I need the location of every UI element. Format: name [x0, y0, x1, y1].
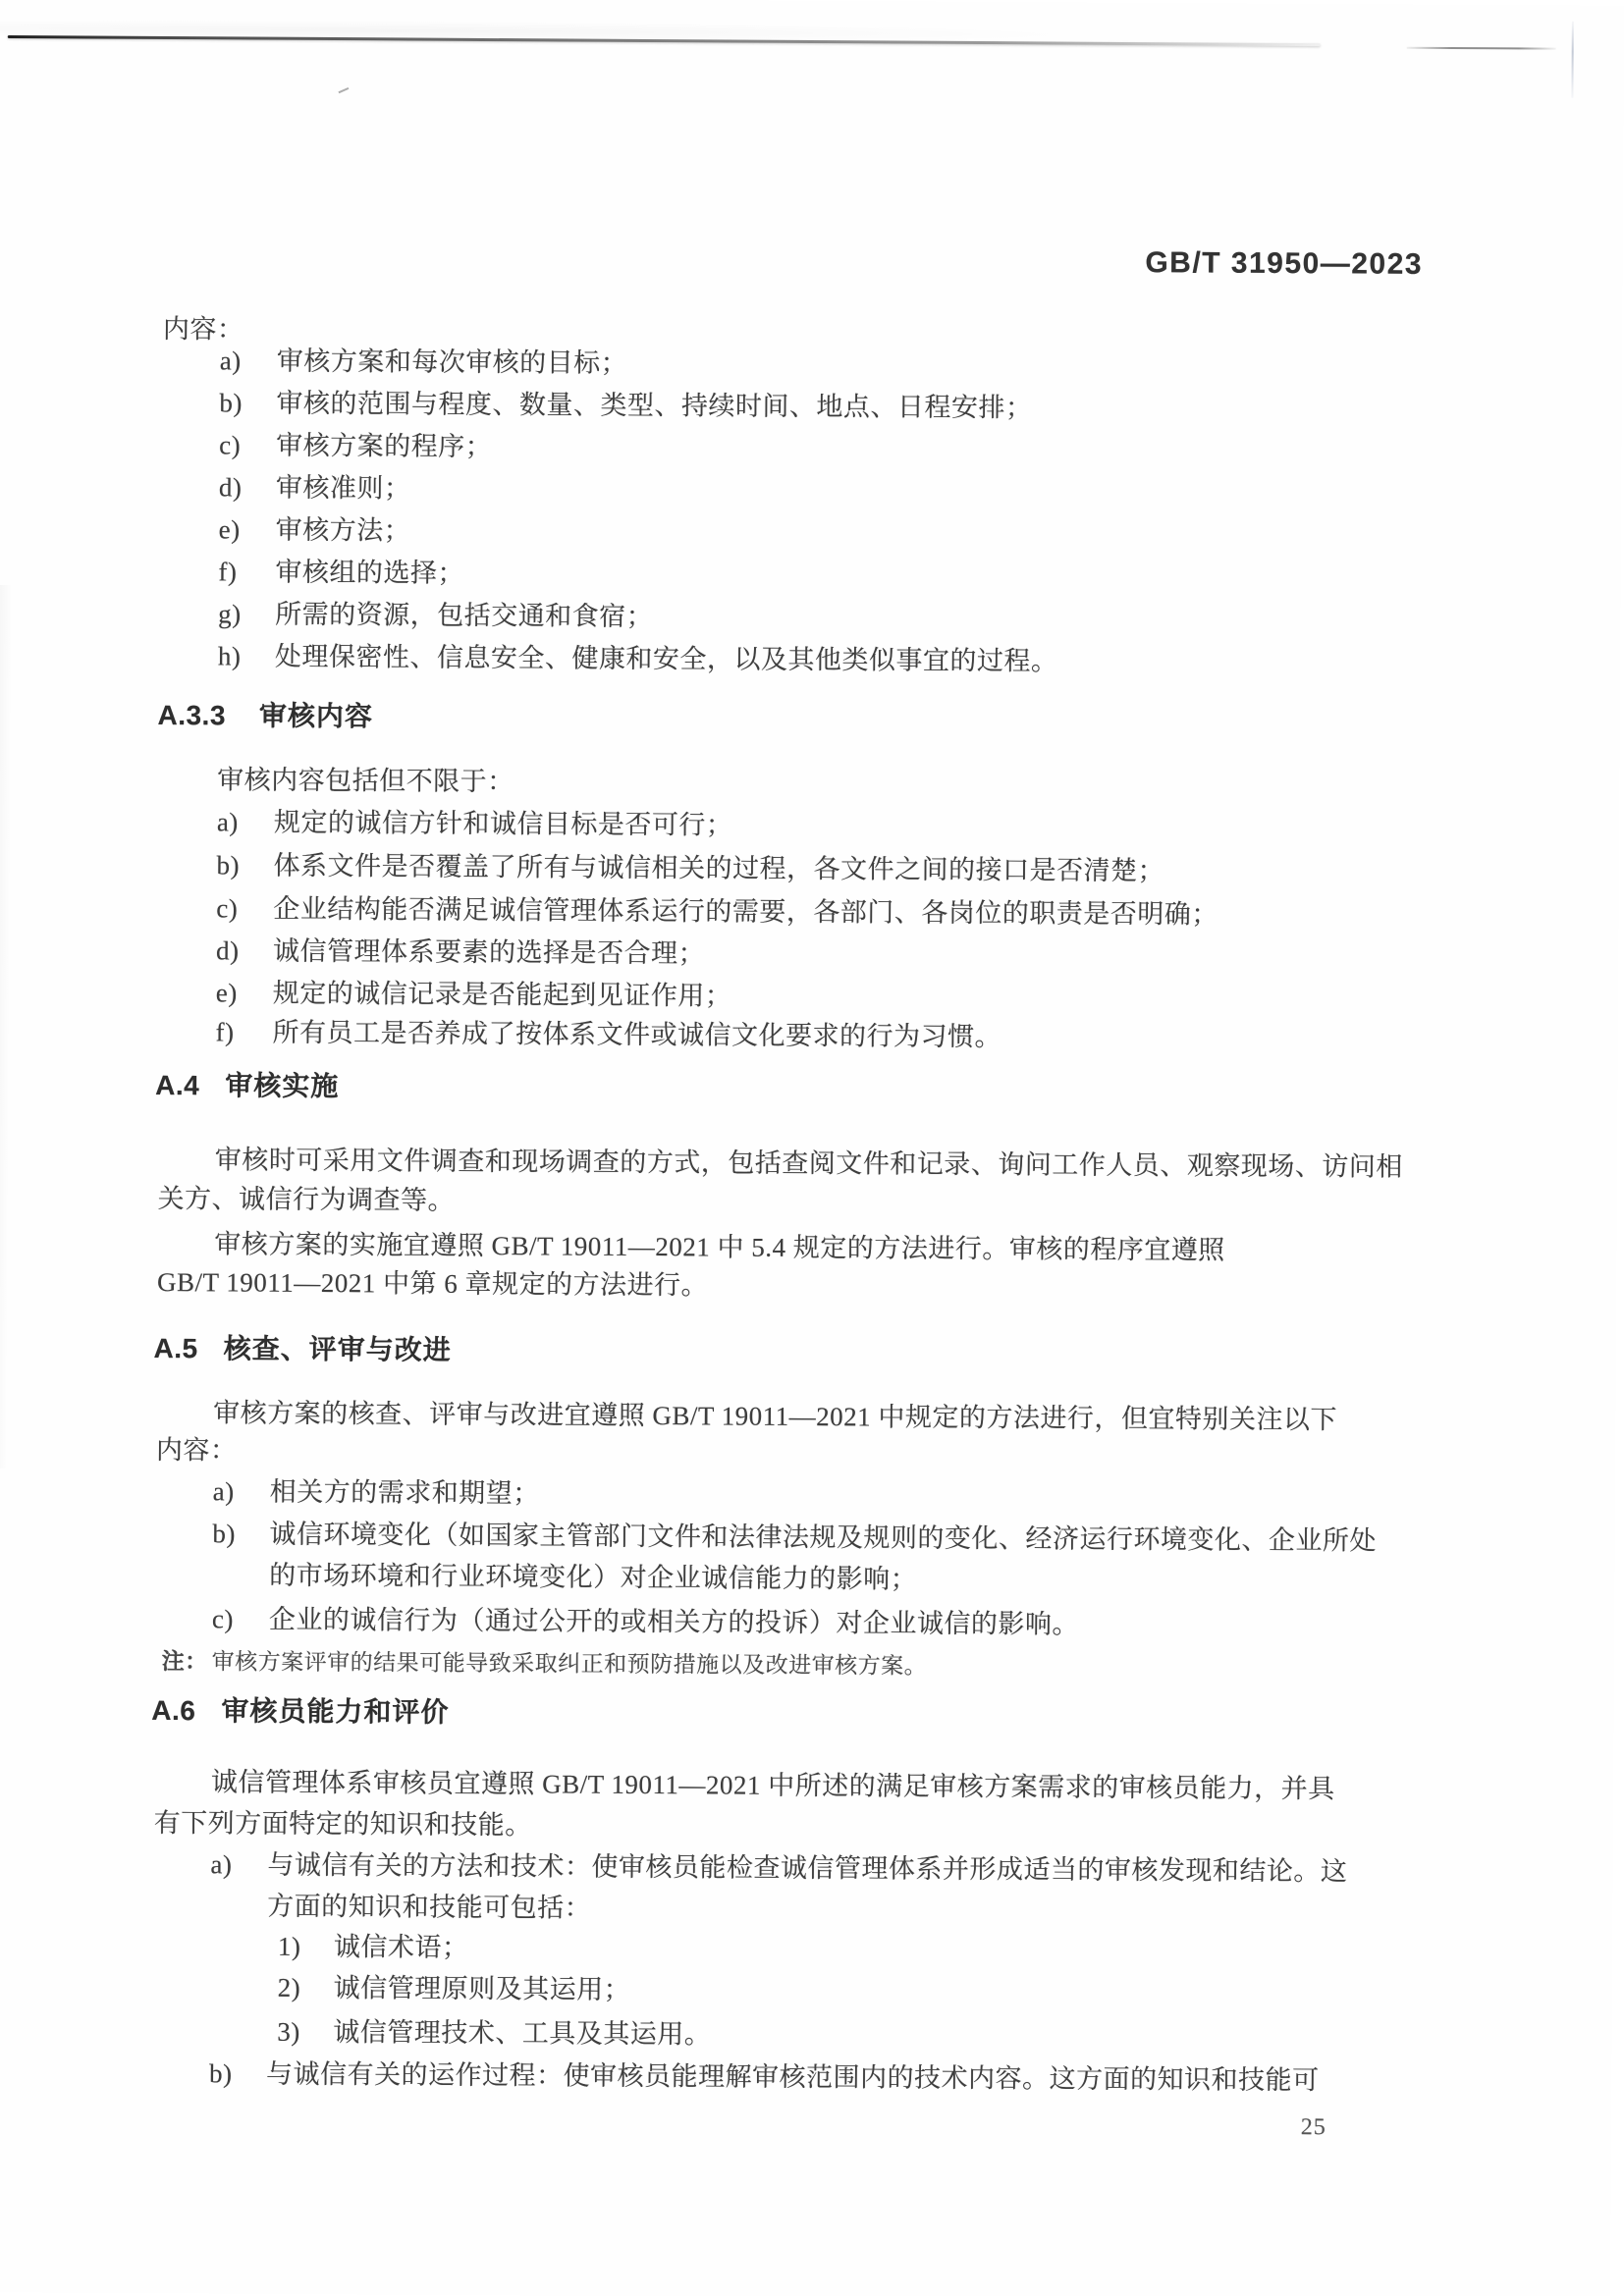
sub-list-item: 1)诚信术语；: [278, 1929, 469, 1965]
paragraph-line: 审核方案的实施宜遵照 GB/T 19011—2021 中 5.4 规定的方法进行…: [214, 1226, 1225, 1267]
paragraph-line: 有下列方面特定的知识和技能。: [154, 1805, 532, 1842]
list-item: e)规定的诚信记录是否能起到见证作用；: [216, 975, 732, 1013]
list-item-text: 审核组的选择；: [275, 558, 464, 588]
scan-line-top-right: [1407, 47, 1556, 50]
scan-smudge-left-edge: [0, 585, 12, 1468]
doc-code: GB/T 31950—2023: [1145, 245, 1423, 283]
list-marker: a): [217, 804, 274, 839]
scan-page-edge-line: [1571, 22, 1573, 98]
section-number: A.6: [151, 1693, 195, 1729]
list-marker: a): [213, 1473, 270, 1509]
list-item-text: 审核准则；: [276, 473, 411, 504]
intro-lead: 内容：: [163, 311, 244, 347]
list-item-continuation: 的市场环境和行业环境变化）对企业诚信能力的影响；: [269, 1558, 917, 1597]
list-marker: d): [216, 933, 273, 968]
list-marker: f): [215, 1014, 272, 1049]
page-sheet: GB/T 31950—2023 内容： a)审核方案和每次审核的目标； b)审核…: [0, 0, 1624, 2296]
list-item-text: 诚信环境变化（如国家主管部门文件和法律法规及规则的变化、经济运行环境变化、企业所…: [269, 1520, 1377, 1556]
section-heading-a33: A.3.3审核内容: [157, 698, 373, 734]
note-line: 注：审核方案评审的结果可能导致采取纠正和预防措施以及改进审核方案。: [162, 1644, 928, 1684]
page-number: 25: [1301, 2109, 1326, 2145]
list-marker: h): [218, 638, 275, 673]
list-item: e)审核方法；: [219, 511, 411, 548]
list-item-text: 相关方的需求和期望；: [270, 1477, 540, 1509]
section-title: 审核内容: [259, 701, 373, 732]
list-item-text: 审核方案和每次审核的目标；: [277, 347, 628, 378]
list-item-text: 规定的诚信记录是否能起到见证作用；: [273, 979, 732, 1011]
section-heading-a6: A.6审核员能力和评价: [151, 1693, 449, 1731]
list-item-text: 与诚信有关的运作过程：使审核员能理解审核范围内的技术内容。这方面的知识和技能可: [266, 2059, 1320, 2096]
note-text: 审核方案评审的结果可能导致采取纠正和预防措施以及改进审核方案。: [212, 1649, 928, 1678]
list-marker: b): [212, 1516, 269, 1551]
list-item: f)所有员工是否养成了按体系文件或诚信文化要求的行为习惯。: [215, 1014, 1001, 1054]
sub-list-item-text: 诚信管理原则及其运用；: [334, 1973, 631, 2004]
list-item-text: 企业结构能否满足诚信管理体系运行的需要，各部门、各岗位的职责是否明确；: [273, 894, 1218, 930]
list-item-text: 所有员工是否养成了按体系文件或诚信文化要求的行为习惯。: [272, 1018, 1001, 1052]
section-number: A.3.3: [157, 698, 226, 733]
list-item-continuation: 方面的知识和技能可包括：: [267, 1889, 591, 1926]
list-marker: e): [216, 975, 273, 1010]
section-title: 审核员能力和评价: [221, 1695, 449, 1727]
section-title: 审核实施: [225, 1070, 339, 1101]
list-item-text: 规定的诚信方针和诚信目标是否可行；: [274, 808, 733, 840]
paragraph-line: 内容：: [156, 1432, 238, 1468]
paragraph-line: 诚信管理体系审核员宜遵照 GB/T 19011—2021 中所述的满足审核方案需…: [211, 1764, 1335, 1806]
list-item-text: 所需的资源，包括交通和食宿；: [275, 600, 653, 631]
list-item: b)诚信环境变化（如国家主管部门文件和法律法规及规则的变化、经济运行环境变化、企…: [212, 1516, 1377, 1558]
list-item-text: 审核方案的程序；: [276, 431, 492, 461]
section-title: 核查、评审与改进: [224, 1333, 452, 1364]
list-item: b)与诚信有关的运作过程：使审核员能理解审核范围内的技术内容。这方面的知识和技能…: [209, 2056, 1320, 2098]
list-marker: c): [216, 890, 273, 926]
section-heading-a5: A.5核查、评审与改进: [153, 1331, 451, 1368]
paragraph-line: 审核方案的核查、评审与改进宜遵照 GB/T 19011—2021 中规定的方法进…: [213, 1395, 1337, 1437]
list-marker: d): [219, 469, 276, 505]
sub-list-marker: 2): [278, 1970, 334, 2005]
paragraph-line: GB/T 19011—2021 中第 6 章规定的方法进行。: [157, 1264, 708, 1303]
sub-list-item-text: 诚信术语；: [334, 1932, 469, 1962]
list-item: c)企业的诚信行为（通过公开的或相关方的投诉）对企业诚信的影响。: [212, 1601, 1079, 1641]
paragraph-line: 关方、诚信行为调查等。: [157, 1181, 455, 1218]
list-marker: b): [209, 2056, 266, 2091]
list-item-text: 企业的诚信行为（通过公开的或相关方的投诉）对企业诚信的影响。: [269, 1605, 1079, 1639]
section-number: A.5: [153, 1331, 197, 1366]
list-marker: e): [219, 511, 276, 547]
list-marker: a): [210, 1846, 267, 1882]
list-item: c)审核方案的程序；: [219, 427, 492, 464]
paragraph-line: 审核时可采用文件调查和现场调查的方式，包括查阅文件和记录、询问工作人员、观察现场…: [215, 1142, 1403, 1184]
sub-list-item-text: 诚信管理技术、工具及其运用。: [333, 2017, 711, 2049]
list-item-text: 体系文件是否覆盖了所有与诚信相关的过程，各文件之间的接口是否清楚；: [274, 851, 1165, 886]
list-item: a)审核方案和每次审核的目标；: [220, 343, 628, 381]
list-marker: c): [219, 427, 276, 462]
list-marker: b): [219, 385, 276, 420]
section-number: A.4: [155, 1068, 199, 1103]
scanned-standard-page: { "header": { "doc_code": "GB/T 31950—20…: [0, 0, 1624, 2296]
list-marker: f): [218, 554, 275, 589]
list-item: d)诚信管理体系要素的选择是否合理；: [216, 933, 705, 971]
list-marker: c): [212, 1601, 269, 1636]
list-item: b)体系文件是否覆盖了所有与诚信相关的过程，各文件之间的接口是否清楚；: [216, 847, 1164, 888]
list-item: b)审核的范围与程度、数量、类型、持续时间、地点、日程安排；: [219, 385, 1032, 425]
list-item: a)规定的诚信方针和诚信目标是否可行；: [217, 804, 733, 842]
note-label: 注：: [162, 1649, 208, 1674]
list-item: h)处理保密性、信息安全、健康和安全，以及其他类似事宜的过程。: [218, 638, 1058, 678]
list-item: g)所需的资源，包括交通和食宿；: [218, 596, 653, 634]
list-item: a)与诚信有关的方法和技术：使审核员能检查诚信管理体系并形成适当的审核发现和结论…: [210, 1846, 1347, 1889]
list-item-text: 诚信管理体系要素的选择是否合理；: [273, 936, 705, 969]
sub-list-item: 3)诚信管理技术、工具及其运用。: [277, 2014, 711, 2053]
sub-list-marker: 3): [277, 2014, 333, 2050]
list-marker: g): [218, 596, 275, 631]
sub-list-marker: 1): [278, 1929, 334, 1964]
list-marker: b): [216, 847, 273, 882]
list-item: f)审核组的选择；: [218, 554, 464, 591]
list-item-text: 审核方法；: [276, 515, 411, 546]
list-item: a)相关方的需求和期望；: [213, 1473, 540, 1511]
list-marker: a): [220, 343, 277, 378]
list-item: d)审核准则；: [219, 469, 411, 506]
scan-speck: [338, 87, 349, 93]
section-heading-a4: A.4审核实施: [155, 1068, 339, 1104]
list-item: c)企业结构能否满足诚信管理体系运行的需要，各部门、各岗位的职责是否明确；: [216, 890, 1218, 932]
a33-lead: 审核内容包括但不限于：: [217, 762, 514, 799]
list-item-text: 与诚信有关的方法和技术：使审核员能检查诚信管理体系并形成适当的审核发现和结论。这: [267, 1850, 1347, 1887]
list-item-text: 处理保密性、信息安全、健康和安全，以及其他类似事宜的过程。: [275, 642, 1058, 676]
list-item-text: 审核的范围与程度、数量、类型、持续时间、地点、日程安排；: [276, 389, 1032, 423]
sub-list-item: 2)诚信管理原则及其运用；: [278, 1970, 631, 2007]
